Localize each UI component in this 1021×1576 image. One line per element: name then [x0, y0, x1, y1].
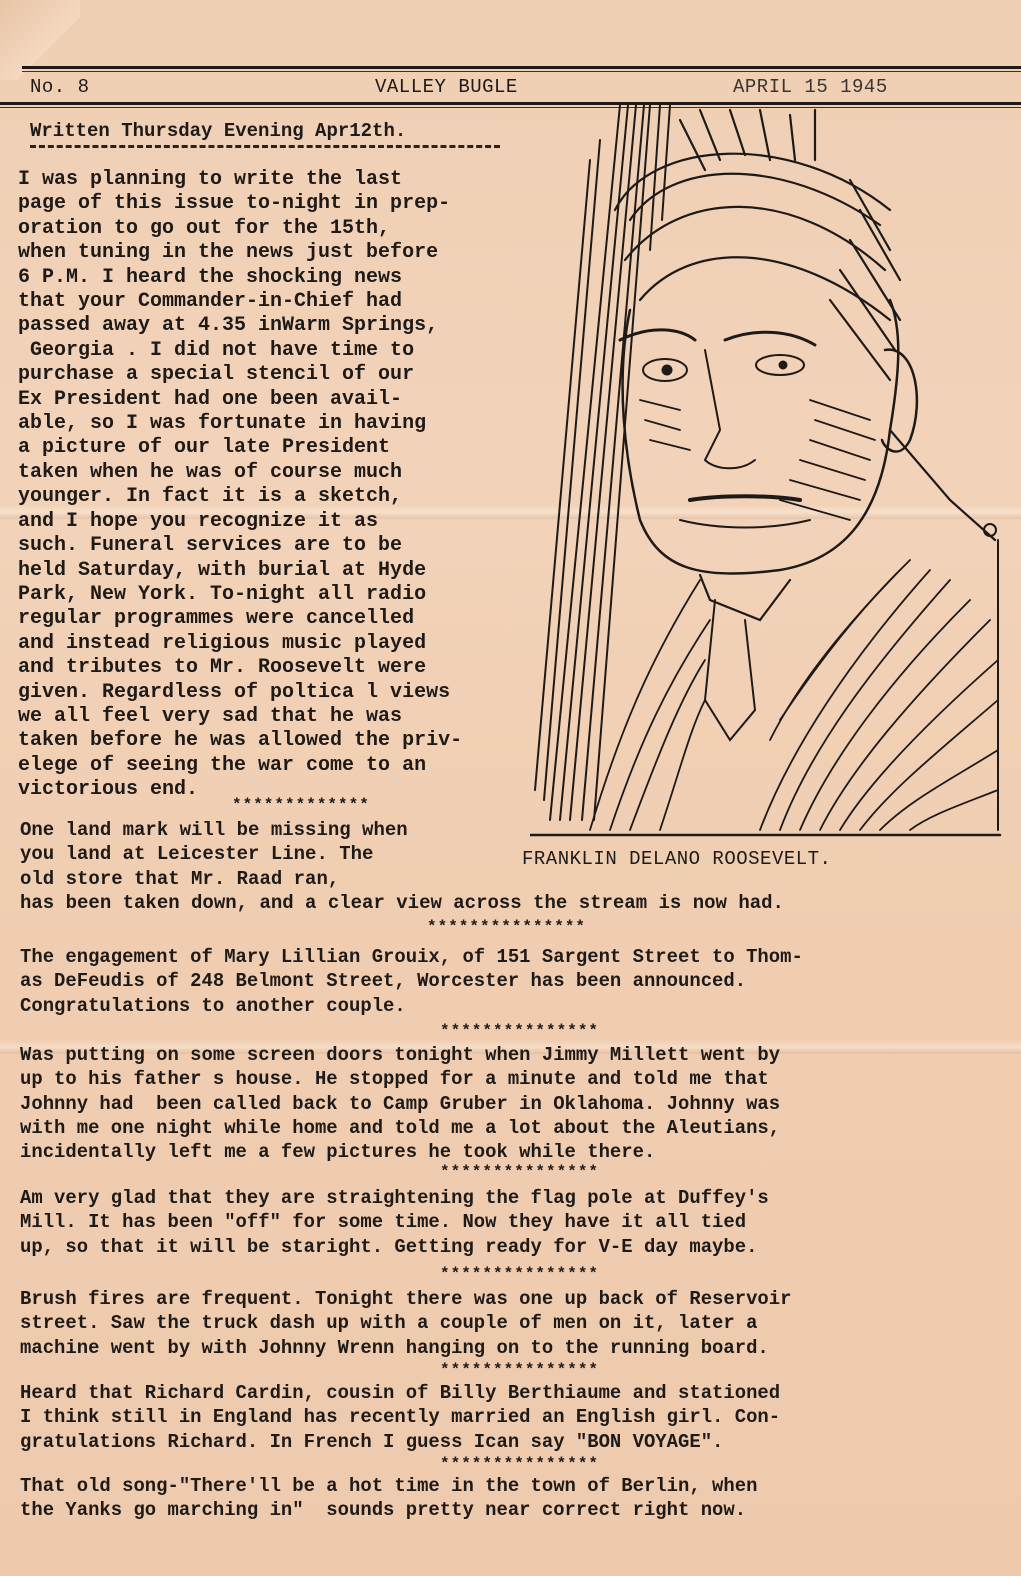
- news-item-line: gratulations Richard. In French I guess …: [20, 1430, 1005, 1454]
- news-item-line: Brush fires are frequent. Tonight there …: [20, 1287, 1005, 1311]
- section-separator: ***************: [440, 1265, 599, 1283]
- article-line: 6 P.M. I heard the shocking news: [18, 266, 558, 290]
- news-item-line: incidentally left me a few pictures he t…: [20, 1140, 1005, 1164]
- masthead-rule: [22, 71, 1021, 72]
- news-item-line: Johnny had been called back to Camp Grub…: [20, 1092, 1005, 1116]
- news-item: Was putting on some screen doors tonight…: [20, 1043, 1005, 1164]
- article-line: that your Commander-in-Chief had: [18, 290, 558, 314]
- article-line: page of this issue to-night in prep-: [18, 192, 558, 216]
- section-separator: ***************: [440, 1163, 599, 1181]
- news-item-line: up to his father s house. He stopped for…: [20, 1067, 1005, 1091]
- section-separator: ***************: [440, 1455, 599, 1473]
- article-line: Ex President had one been avail-: [18, 388, 558, 412]
- news-item: Brush fires are frequent. Tonight there …: [20, 1287, 1005, 1360]
- news-item-line: Heard that Richard Cardin, cousin of Bil…: [20, 1381, 1005, 1405]
- news-item-line: Am very glad that they are straightening…: [20, 1186, 1005, 1210]
- news-item: The engagement of Mary Lillian Grouix, o…: [20, 945, 1005, 1018]
- section-separator: ***************: [427, 918, 586, 936]
- news-item-line: has been taken down, and a clear view ac…: [20, 891, 1010, 915]
- roosevelt-sketch-image: [530, 100, 1005, 838]
- newsletter-title: VALLEY BUGLE: [375, 76, 518, 98]
- news-item-line: street. Saw the truck dash up with a cou…: [20, 1311, 1005, 1335]
- article-line: younger. In fact it is a sketch,: [18, 485, 558, 509]
- article-line: held Saturday, with burial at Hyde: [18, 559, 558, 583]
- article-line: regular programmes were cancelled: [18, 607, 558, 631]
- news-item-line: I think still in England has recently ma…: [20, 1405, 1005, 1429]
- article-line: such. Funeral services are to be: [18, 534, 558, 558]
- news-item-line: as DeFeudis of 248 Belmont Street, Worce…: [20, 969, 1005, 993]
- article-line: Georgia . I did not have time to: [18, 339, 558, 363]
- news-item-line: Was putting on some screen doors tonight…: [20, 1043, 1005, 1067]
- article-line: passed away at 4.35 inWarm Springs,: [18, 314, 558, 338]
- news-item-line: you land at Leicester Line. The: [20, 842, 1010, 866]
- masthead-rule: [22, 66, 1021, 69]
- section-separator: ***************: [440, 1361, 599, 1379]
- news-item-line: with me one night while home and told me…: [20, 1116, 1005, 1140]
- article-line: oration to go out for the 15th,: [18, 217, 558, 241]
- article-line: able, so I was fortunate in having: [18, 412, 558, 436]
- article-line: when tuning in the news just before: [18, 241, 558, 265]
- news-item: One land mark will be missing whenyou la…: [20, 818, 1010, 915]
- article-heading: Written Thursday Evening Apr12th.: [30, 120, 406, 142]
- article-line: Park, New York. To-night all radio: [18, 583, 558, 607]
- article-line: a picture of our late President: [18, 436, 558, 460]
- news-item-line: Mill. It has been "off" for some time. N…: [20, 1210, 1005, 1234]
- news-item: Heard that Richard Cardin, cousin of Bil…: [20, 1381, 1005, 1454]
- news-item-line: The engagement of Mary Lillian Grouix, o…: [20, 945, 1005, 969]
- article-line: and tributes to Mr. Roosevelt were: [18, 656, 558, 680]
- masthead: No. 8 VALLEY BUGLE APRIL 15 1945: [0, 58, 1021, 106]
- article-body: I was planning to write the lastpage of …: [18, 168, 558, 803]
- news-item-line: the Yanks go marching in" sounds pretty …: [20, 1498, 1005, 1522]
- article-line: given. Regardless of poltica l views: [18, 681, 558, 705]
- heading-underline: [30, 145, 500, 148]
- section-separator: ***************: [440, 1022, 599, 1040]
- news-item-line: old store that Mr. Raad ran,: [20, 867, 1010, 891]
- issue-number: No. 8: [30, 76, 90, 98]
- article-line: we all feel very sad that he was: [18, 705, 558, 729]
- article-line: and instead religious music played: [18, 632, 558, 656]
- article-line: I was planning to write the last: [18, 168, 558, 192]
- news-item: That old song-"There'll be a hot time in…: [20, 1474, 1005, 1523]
- article-line: taken when he was of course much: [18, 461, 558, 485]
- issue-date: APRIL 15 1945: [733, 76, 888, 98]
- article-line: and I hope you recognize it as: [18, 510, 558, 534]
- news-item-line: up, so that it will be staright. Getting…: [20, 1235, 1005, 1259]
- article-line: taken before he was allowed the priv-: [18, 729, 558, 753]
- section-separator: *************: [232, 796, 370, 814]
- news-item: Am very glad that they are straightening…: [20, 1186, 1005, 1259]
- news-item-line: machine went by with Johnny Wrenn hangin…: [20, 1336, 1005, 1360]
- news-item-line: Congratulations to another couple.: [20, 994, 1005, 1018]
- news-item-line: That old song-"There'll be a hot time in…: [20, 1474, 1005, 1498]
- article-line: purchase a special stencil of our: [18, 363, 558, 387]
- article-line: elege of seeing the war come to an: [18, 754, 558, 778]
- news-item-line: One land mark will be missing when: [20, 818, 1010, 842]
